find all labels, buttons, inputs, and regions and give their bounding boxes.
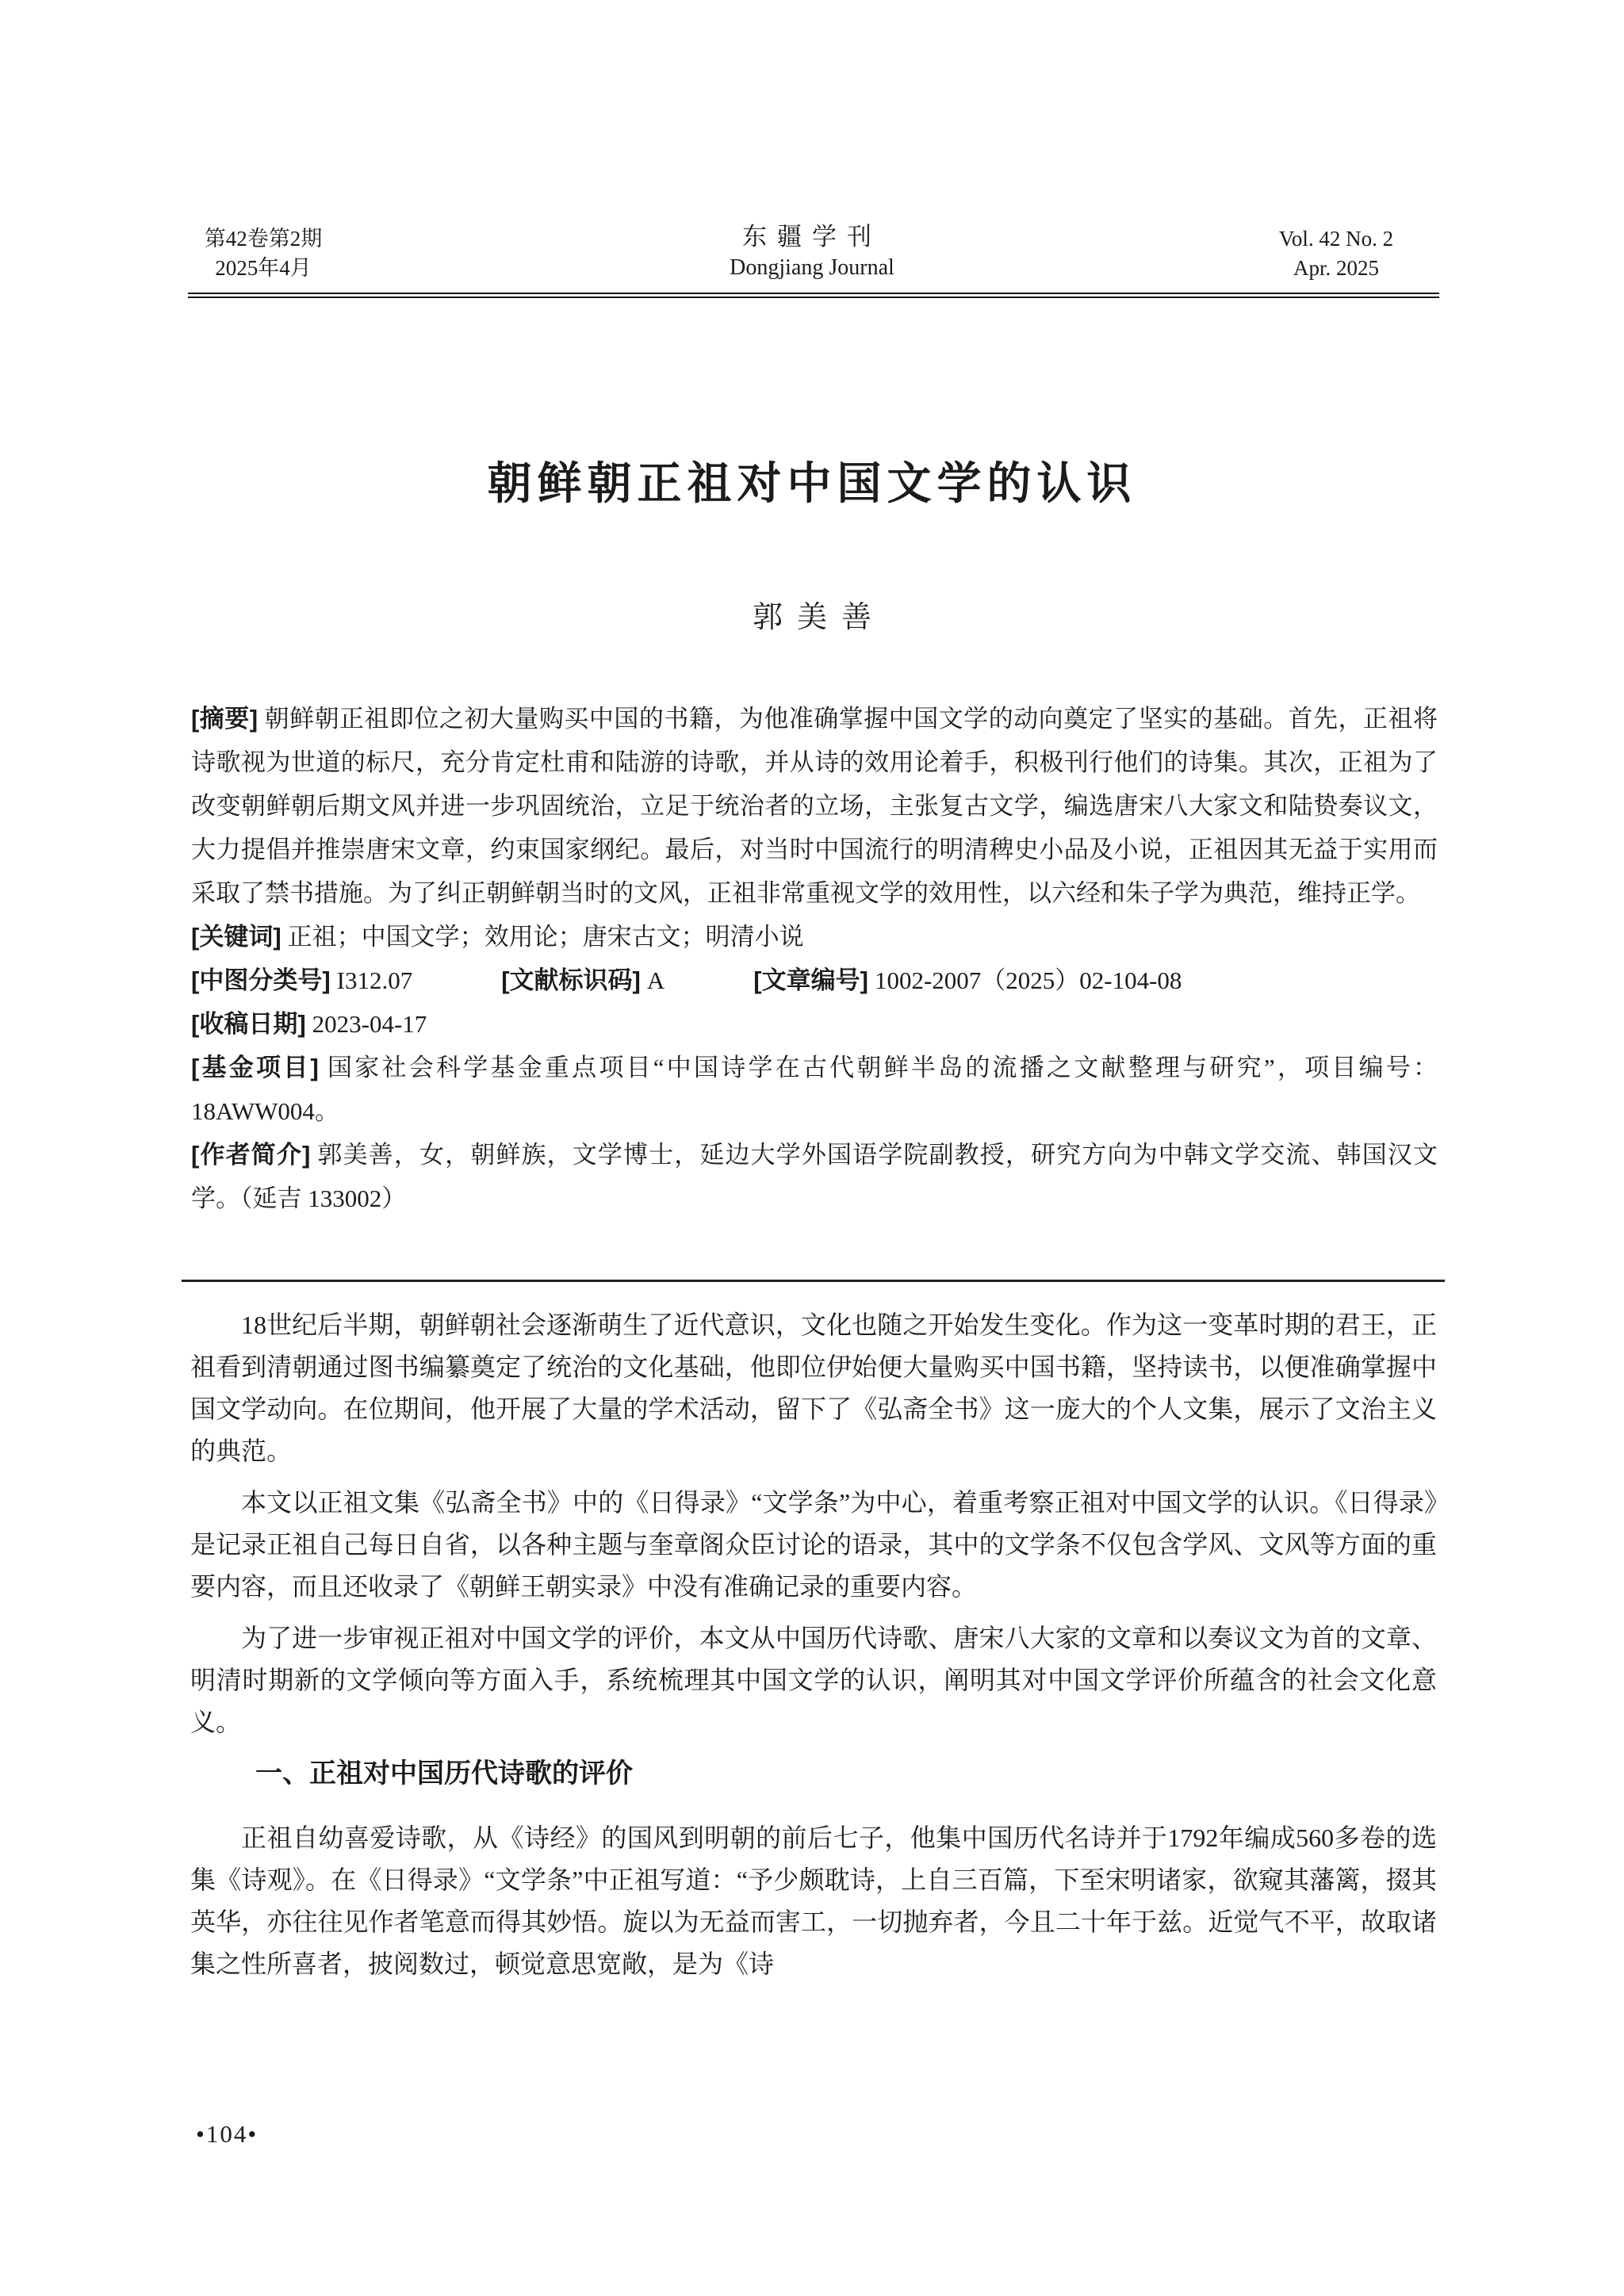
abstract: [摘要]朝鲜朝正祖即位之初大量购买中国的书籍，为他准确掌握中国文学的动向奠定了坚… bbox=[191, 697, 1438, 915]
article-title: 朝鲜朝正祖对中国文学的认识 bbox=[0, 449, 1624, 512]
keywords-text: 正祖；中国文学；效用论；唐宋古文；明清小说 bbox=[288, 923, 804, 951]
article-author: 郭美善 bbox=[0, 592, 1624, 636]
received-value: 2023-04-17 bbox=[312, 1010, 427, 1038]
header-issue-date: 2025年4月 bbox=[184, 254, 343, 283]
keywords: [关键词]正祖；中国文学；效用论；唐宋古文；明清小说 bbox=[191, 915, 1438, 959]
clc-segment: [中图分类号]I312.07 bbox=[191, 959, 412, 1002]
header-issue-en: Vol. 42 No. 2 Apr. 2025 bbox=[1245, 224, 1427, 283]
author-bio-text: 郭美善，女，朝鲜族，文学博士，延边大学外国语学院副教授，研究方向为中韩文学交流、… bbox=[191, 1141, 1438, 1212]
body-paragraph-1: 18世纪后半期，朝鲜朝社会逐渐萌生了近代意识，文化也随之开始发生变化。作为这一变… bbox=[190, 1304, 1437, 1472]
article-body: 18世纪后半期，朝鲜朝社会逐渐萌生了近代意识，文化也随之开始发生变化。作为这一变… bbox=[190, 1304, 1437, 1985]
header-journal-name: 东疆学刊 Dongjiang Journal bbox=[730, 221, 894, 283]
doc-code-segment: [文献标识码]A bbox=[501, 959, 665, 1002]
received-label: [收稿日期] bbox=[191, 1010, 306, 1038]
abstract-label: [摘要] bbox=[191, 705, 258, 733]
clc-value: I312.07 bbox=[337, 966, 413, 994]
fund-project: [基金项目]国家社会科学基金重点项目“中国诗学在古代朝鲜半岛的流播之文献整理与研… bbox=[191, 1046, 1438, 1133]
body-paragraph-4: 正祖自幼喜爱诗歌，从《诗经》的国风到明朝的前后七子，他集中国历代名诗并于1792… bbox=[190, 1817, 1437, 1985]
abstract-text: 朝鲜朝正祖即位之初大量购买中国的书籍，为他准确掌握中国文学的动向奠定了坚实的基础… bbox=[191, 705, 1438, 907]
body-paragraph-2: 本文以正祖文集《弘斋全书》中的《日得录》“文学条”为中心，着重考察正祖对中国文学… bbox=[190, 1482, 1437, 1608]
doc-code-value: A bbox=[647, 966, 665, 994]
author-bio-label: [作者简介] bbox=[191, 1141, 310, 1169]
article-id-value: 1002-2007（2025）02-104-08 bbox=[875, 966, 1182, 994]
header-double-rule bbox=[188, 293, 1439, 298]
page-number: •104• bbox=[196, 2118, 258, 2150]
clc-label: [中图分类号] bbox=[191, 966, 331, 994]
journal-name-cn: 东疆学刊 bbox=[730, 221, 894, 253]
author-bio: [作者简介]郭美善，女，朝鲜族，文学博士，延边大学外国语学院副教授，研究方向为中… bbox=[191, 1133, 1438, 1220]
keywords-label: [关键词] bbox=[191, 923, 282, 951]
header-date-en: Apr. 2025 bbox=[1245, 254, 1427, 283]
classification-line: [中图分类号]I312.07[文献标识码]A[文章编号]1002-2007（20… bbox=[191, 959, 1438, 1002]
journal-name-en: Dongjiang Journal bbox=[730, 253, 894, 283]
section-1-heading: 一、正祖对中国历代诗歌的评价 bbox=[190, 1753, 1437, 1795]
journal-page: 第42卷第2期 2025年4月 东疆学刊 Dongjiang Journal V… bbox=[0, 0, 1624, 2296]
front-matter: [摘要]朝鲜朝正祖即位之初大量购买中国的书籍，为他准确掌握中国文学的动向奠定了坚… bbox=[191, 697, 1438, 1220]
article-id-label: [文章编号] bbox=[753, 966, 868, 994]
header-volume-en: Vol. 42 No. 2 bbox=[1245, 224, 1427, 254]
fund-text: 国家社会科学基金重点项目“中国诗学在古代朝鲜半岛的流播之文献整理与研究”，项目编… bbox=[191, 1054, 1438, 1125]
doc-code-label: [文献标识码] bbox=[501, 966, 641, 994]
header-issue-volume: 第42卷第2期 bbox=[184, 224, 343, 254]
fund-label: [基金项目] bbox=[191, 1054, 319, 1081]
header-issue-cn: 第42卷第2期 2025年4月 bbox=[184, 224, 343, 283]
received-date-line: [收稿日期]2023-04-17 bbox=[191, 1002, 1438, 1046]
article-id-segment: [文章编号]1002-2007（2025）02-104-08 bbox=[753, 959, 1182, 1002]
body-paragraph-3: 为了进一步审视正祖对中国文学的评价，本文从中国历代诗歌、唐宋八大家的文章和以奏议… bbox=[190, 1617, 1437, 1743]
front-matter-divider-rule bbox=[182, 1280, 1445, 1282]
